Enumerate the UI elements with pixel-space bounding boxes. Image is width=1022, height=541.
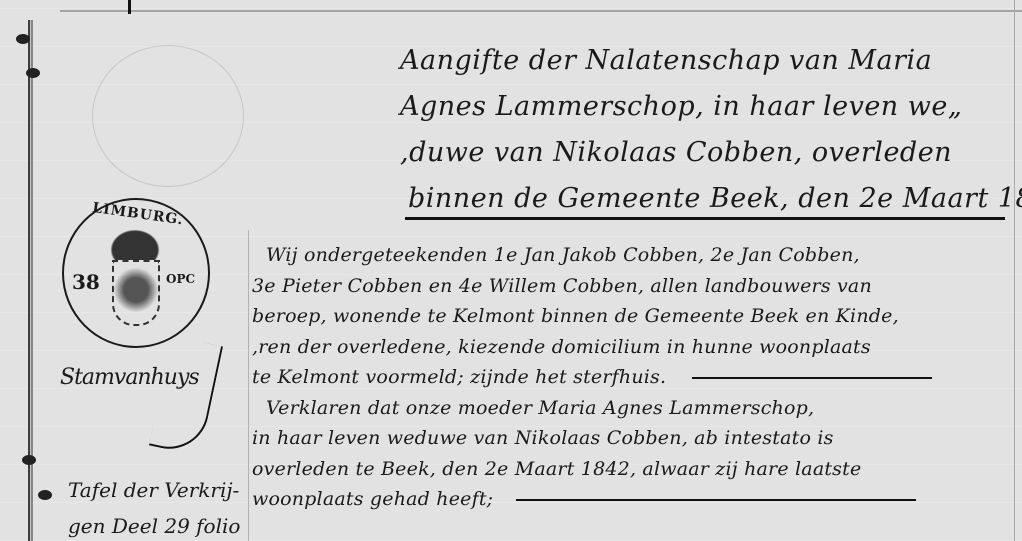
body-line: Verklaren dat onze moeder Maria Agnes La… xyxy=(252,393,1017,424)
record-heading: Aangifte der Nalatenschap van Maria Agne… xyxy=(400,38,1015,222)
body-line-text: woonplaats gehad heeft; xyxy=(252,488,493,510)
document-page: Aangifte der Nalatenschap van Maria Agne… xyxy=(0,0,1022,541)
binding-mark-icon xyxy=(26,68,40,78)
fill-line xyxy=(692,377,932,379)
lion-shield-icon xyxy=(112,260,160,326)
record-body: Wij ondergeteekenden 1e Jan Jakob Cobben… xyxy=(252,240,1017,515)
binding-mark-icon xyxy=(16,34,30,44)
top-tick-mark xyxy=(128,0,131,14)
limburg-tax-stamp: LIMBURG. 38 OPC xyxy=(62,198,210,348)
stamp-title: LIMBURG. xyxy=(91,200,182,228)
margin-note-line: gen Deel 29 folio xyxy=(68,508,240,541)
top-rule-line xyxy=(60,10,1022,12)
binding-mark-icon xyxy=(38,490,52,500)
margin-guide-line xyxy=(248,230,249,541)
signature-flourish xyxy=(149,336,223,456)
stamp-right-value: OPC xyxy=(166,272,195,286)
fill-line xyxy=(516,499,916,501)
heading-line: Agnes Lammerschop, in haar leven we„ xyxy=(400,84,1015,130)
body-line: beroep, wonende te Kelmont binnen de Gem… xyxy=(252,301,1017,332)
heading-line: Aangifte der Nalatenschap van Maria xyxy=(400,38,1015,84)
margin-note: Tafel der Verkrij- gen Deel 29 folio xyxy=(68,472,240,541)
body-line-with-fill: woonplaats gehad heeft; xyxy=(252,484,1017,515)
margin-note-line: Tafel der Verkrij- xyxy=(68,472,240,508)
faded-seal-impression xyxy=(92,45,244,187)
body-line: ,ren der overledene, kiezende domicilium… xyxy=(252,332,1017,363)
crown-icon xyxy=(106,226,164,260)
heading-line: ,duwe van Nikolaas Cobben, overleden xyxy=(400,130,1015,176)
body-line: 3e Pieter Cobben en 4e Willem Cobben, al… xyxy=(252,271,1017,302)
stamp-left-value: 38 xyxy=(72,270,100,294)
heading-underline xyxy=(405,217,1005,220)
body-line: overleden te Beek, den 2e Maart 1842, al… xyxy=(252,454,1017,485)
heading-line: binnen de Gemeente Beek, den 2e Maart 18… xyxy=(400,176,1015,222)
binding-mark-icon xyxy=(22,455,36,465)
body-line-text: te Kelmont voormeld; zijnde het sterfhui… xyxy=(252,366,666,388)
body-line: in haar leven weduwe van Nikolaas Cobben… xyxy=(252,423,1017,454)
body-line: Wij ondergeteekenden 1e Jan Jakob Cobben… xyxy=(252,240,1017,271)
body-line-with-fill: te Kelmont voormeld; zijnde het sterfhui… xyxy=(252,362,1017,393)
